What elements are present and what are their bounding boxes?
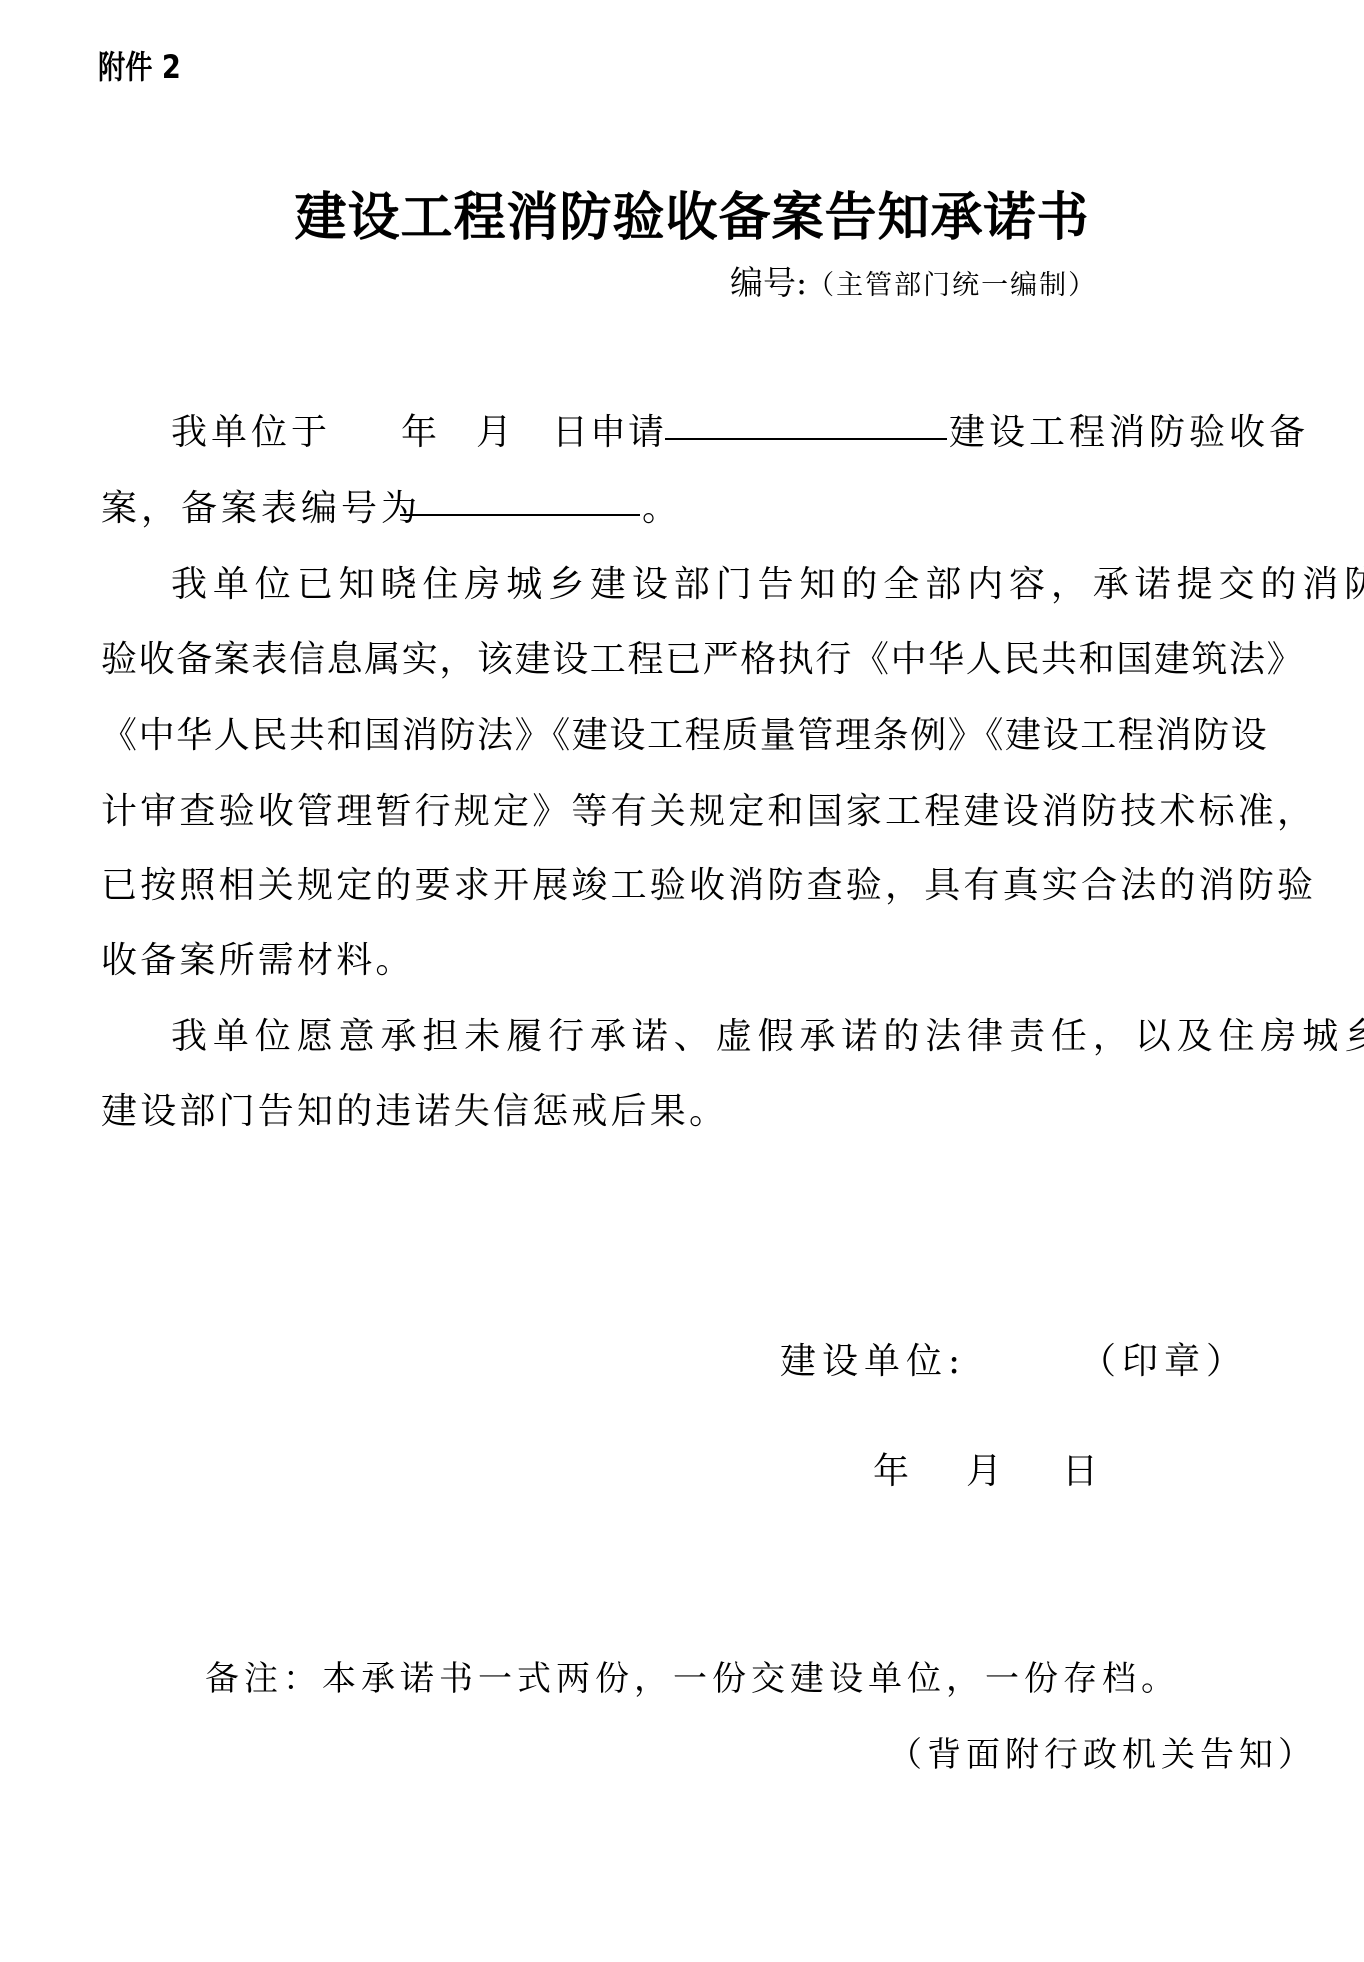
sign-year: 年: [873, 1443, 915, 1494]
apply-month: 月: [476, 404, 512, 455]
sign-day: 日: [1062, 1443, 1104, 1494]
apply-year: 年: [401, 404, 437, 455]
sign-month: 月: [966, 1443, 1008, 1494]
paragraph-2-line: 已按照相关规定的要求开展竣工验收消防查验，具有真实合法的消防验: [101, 857, 1316, 908]
attachment-label: 附件 2: [98, 42, 181, 88]
apply-suffix: 建设工程消防验收备: [949, 404, 1309, 455]
apply-day-label: 日申请: [552, 404, 666, 455]
paragraph-3-line: 建设部门告知的违诺失信惩戒后果。: [101, 1083, 728, 1134]
project-name-blank[interactable]: [665, 404, 947, 440]
construction-unit-label: 建设单位:: [780, 1333, 966, 1384]
serial-label: 编号:: [730, 263, 807, 302]
record-number-blank[interactable]: [400, 480, 640, 516]
paragraph-2-line: 我单位已知晓住房城乡建设部门告知的全部内容，承诺提交的消防: [171, 556, 1364, 607]
serial-note: （主管部门统一编制）: [807, 270, 1097, 301]
serial-number: 编号:（主管部门统一编制）: [730, 257, 1097, 304]
paragraph-3-line: 我单位愿意承担未履行承诺、虚假承诺的法律责任，以及住房城乡: [171, 1008, 1364, 1059]
paragraph-2-line: 验收备案表信息属实，该建设工程已严格执行《中华人民共和国建筑法》: [101, 631, 1304, 682]
paragraph-2-line: 《中华人民共和国消防法》《建设工程质量管理条例》《建设工程消防设: [101, 707, 1268, 758]
back-page-note: （背面附行政机关告知）: [888, 1727, 1317, 1776]
period: 。: [642, 480, 678, 531]
seal-label: （印章）: [1080, 1333, 1248, 1384]
document-title: 建设工程消防验收备案告知承诺书: [0, 175, 1364, 250]
paragraph-2-line: 收备案所需材料。: [101, 932, 415, 983]
record-number-label: 案，备案表编号为: [101, 480, 421, 531]
apply-prefix: 我单位于: [171, 404, 331, 455]
remarks-note: 备注：本承诺书一式两份，一份交建设单位，一份存档。: [205, 1651, 1180, 1700]
paragraph-2-line: 计审查验收管理暂行规定》等有关规定和国家工程建设消防技术标准，: [101, 783, 1316, 834]
